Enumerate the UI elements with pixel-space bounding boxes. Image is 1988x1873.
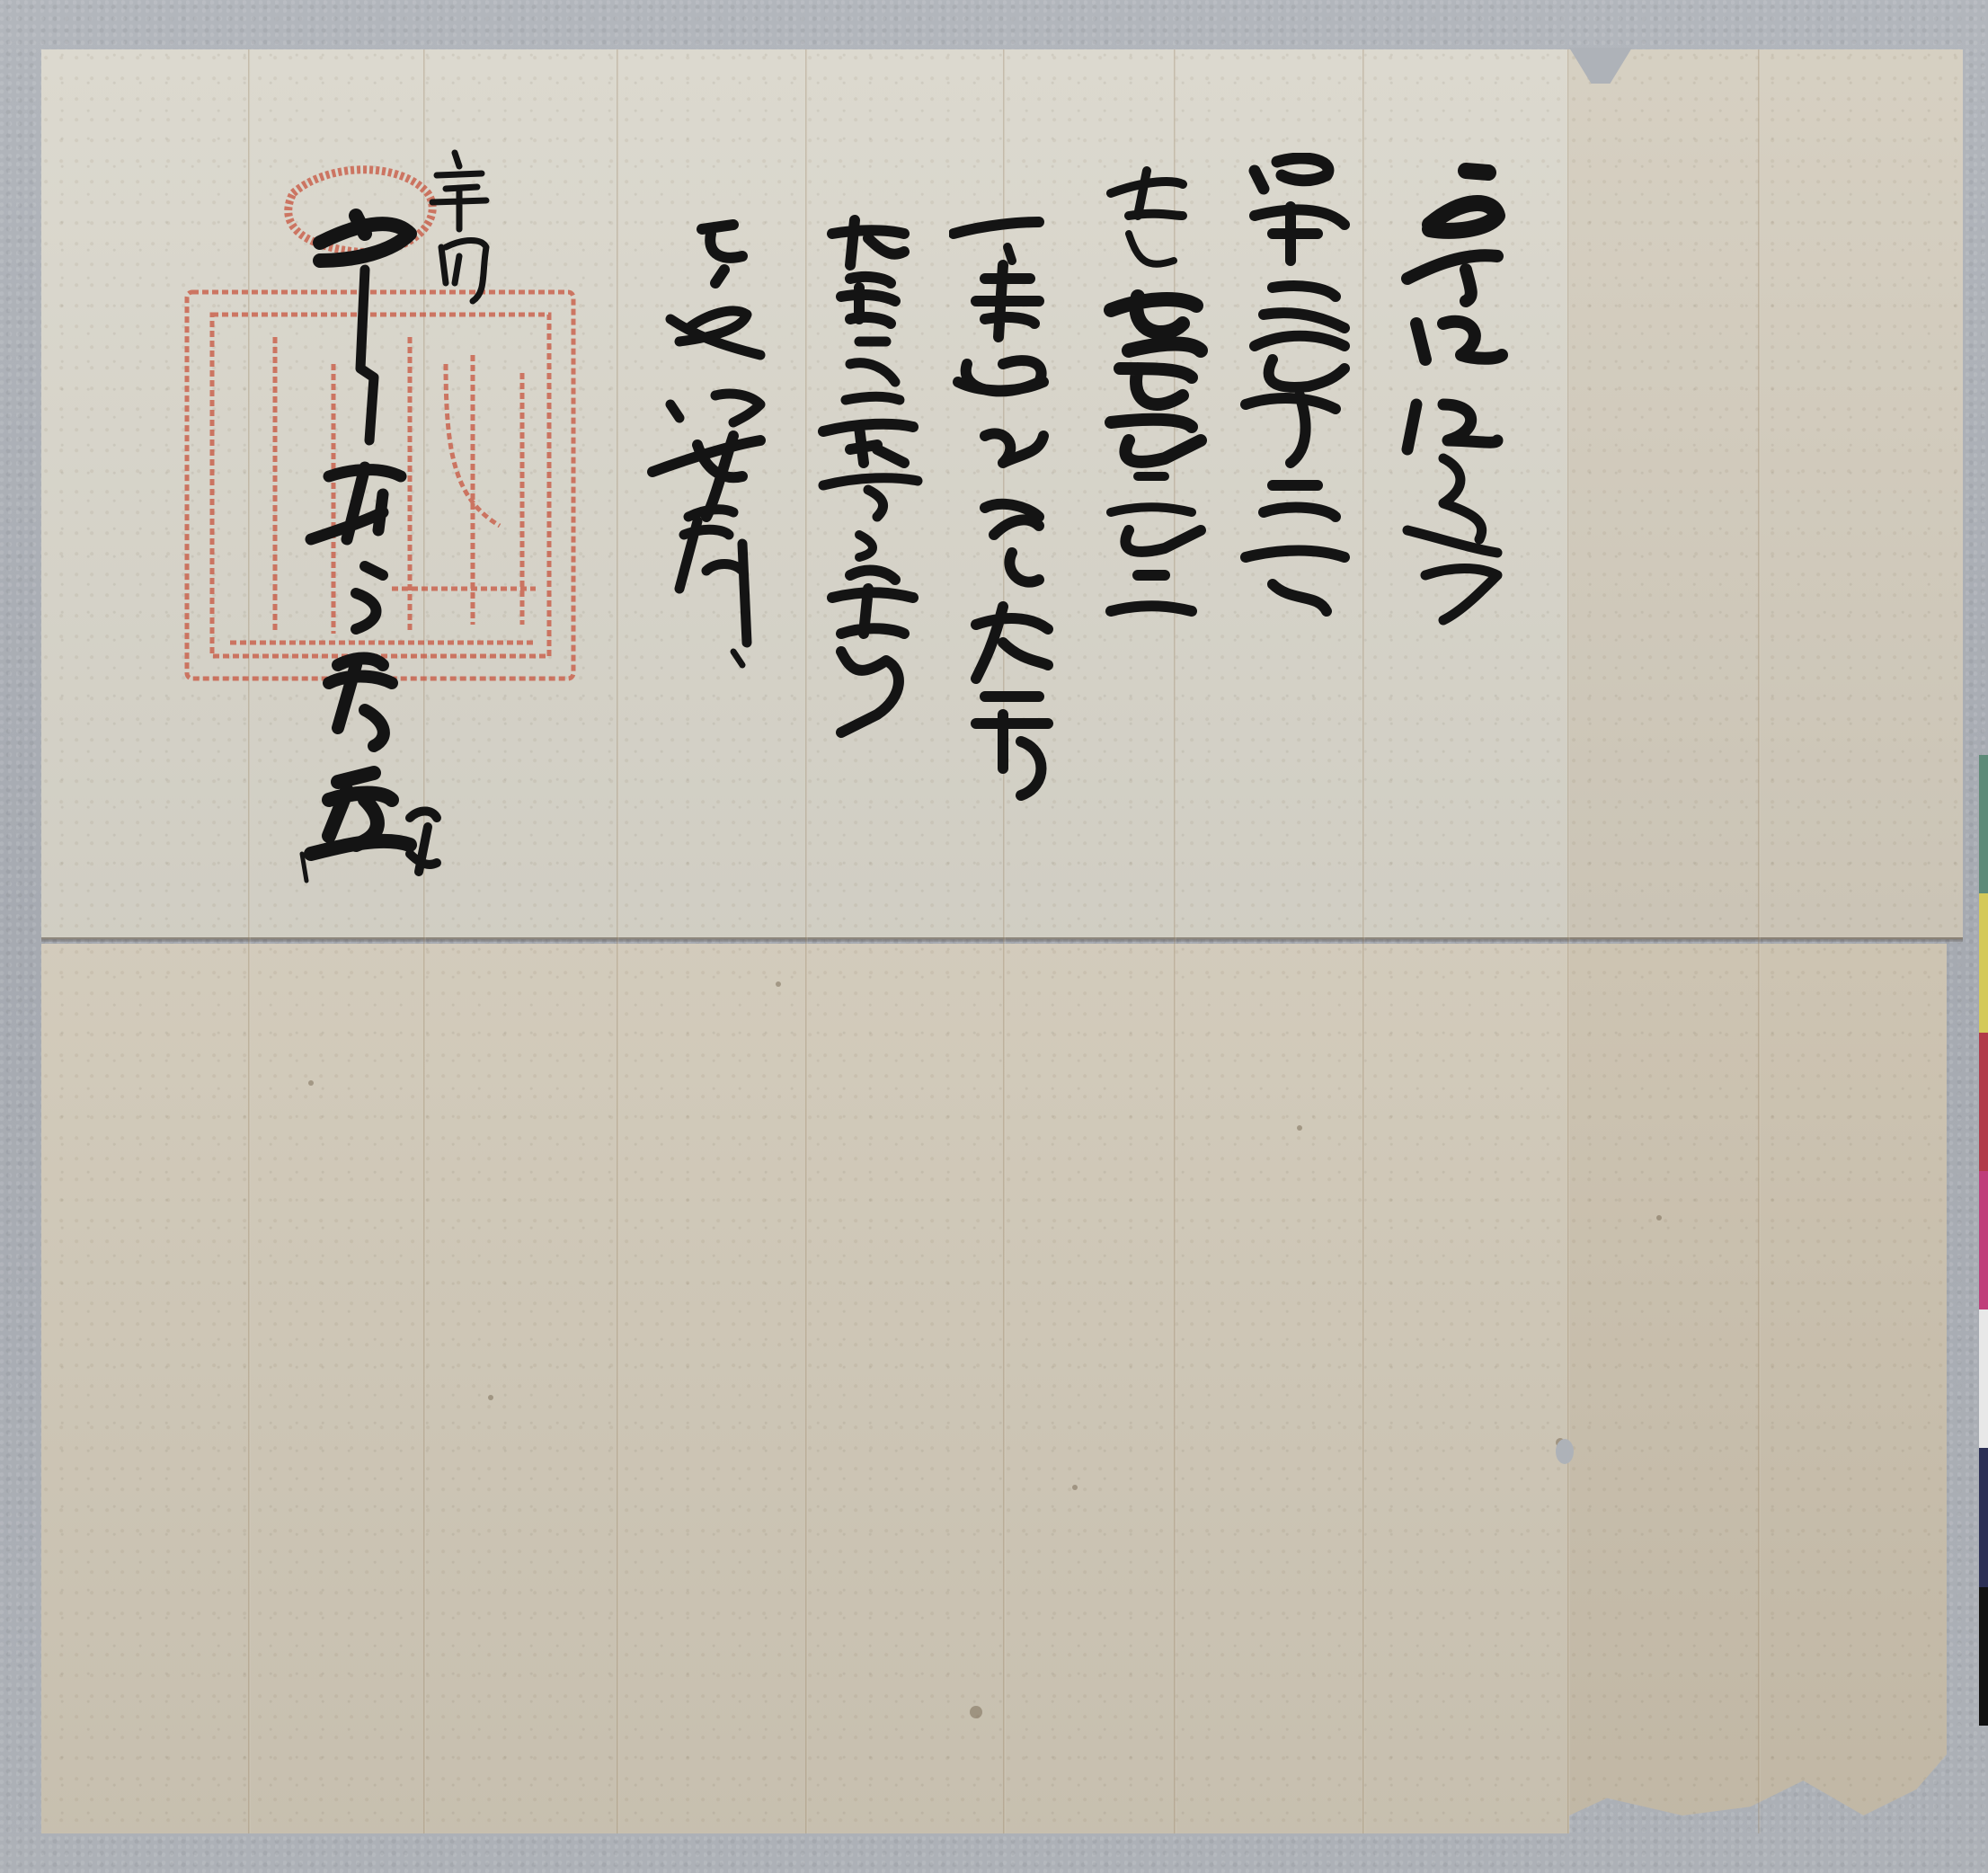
calibration-patch-red (1979, 1033, 1988, 1171)
calibration-patch-yellow (1979, 893, 1988, 1032)
color-calibration-strip (1979, 755, 1988, 1726)
calibration-patch-white (1979, 1309, 1988, 1448)
calibration-patch-green (1979, 755, 1988, 893)
calibration-patch-black (1979, 1587, 1988, 1726)
calibration-patch-navy (1979, 1448, 1988, 1586)
paper-foxing (41, 49, 1963, 1833)
document-sheet (41, 49, 1963, 1833)
calibration-patch-magenta (1979, 1171, 1988, 1309)
paper-hole (1556, 1439, 1574, 1464)
